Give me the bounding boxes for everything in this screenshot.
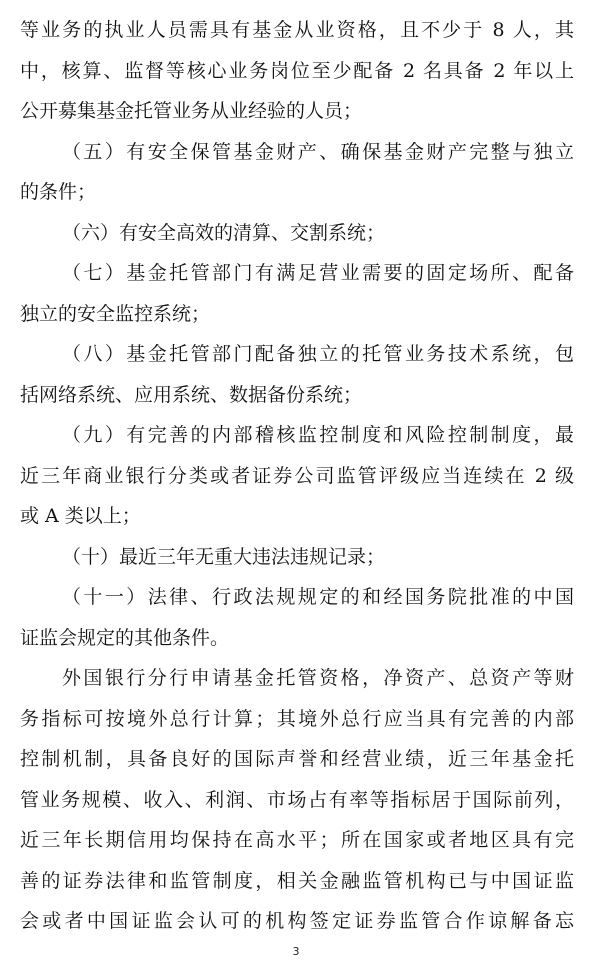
list-item-10: （十）最近三年无重大违法违规记录； bbox=[20, 537, 574, 578]
list-item-11: （十一）法律、行政法规规定的和经国务院批准的中国 bbox=[20, 577, 574, 618]
text-line: 中，核算、监督等核心业务岗位至少配备 2 名具备 2 年以上 bbox=[20, 51, 574, 92]
list-item-5: （五）有安全保管基金财产、确保基金财产完整与独立 bbox=[20, 132, 574, 173]
list-item-8: （八）基金托管部门配备独立的托管业务技术系统，包 bbox=[20, 334, 574, 375]
text-line: 控制机制，具备良好的国际声誉和经营业绩，近三年基金托 bbox=[20, 739, 574, 780]
document-page: 等业务的执业人员需具有基金从业资格，且不少于 8 人，其 中，核算、监督等核心业… bbox=[20, 10, 574, 942]
text-line: 务指标可按境外总行计算；其境外总行应当具有完善的内部 bbox=[20, 699, 574, 740]
text-line: 的条件； bbox=[20, 172, 574, 213]
text-line: 或 A 类以上； bbox=[20, 496, 574, 537]
list-item-6: （六）有安全高效的清算、交割系统； bbox=[20, 213, 574, 254]
text-line: 证监会规定的其他条件。 bbox=[20, 618, 574, 659]
list-item-9: （九）有完善的内部稽核监控制度和风险控制制度，最 bbox=[20, 415, 574, 456]
text-line: 独立的安全监控系统； bbox=[20, 294, 574, 335]
text-line: 括网络系统、应用系统、数据备份系统； bbox=[20, 375, 574, 416]
text-line: 管业务规模、收入、利润、市场占有率等指标居于国际前列， bbox=[20, 780, 574, 821]
page-number: 3 bbox=[0, 945, 592, 958]
text-line: 会或者中国证监会认可的机构签定证券监管合作谅解备忘 bbox=[20, 901, 574, 942]
text-line: 近三年长期信用均保持在高水平；所在国家或者地区具有完 bbox=[20, 820, 574, 861]
text-line: 善的证券法律和监管制度，相关金融监管机构已与中国证监 bbox=[20, 861, 574, 902]
text-line: 公开募集基金托管业务从业经验的人员； bbox=[20, 91, 574, 132]
list-item-7: （七）基金托管部门有满足营业需要的固定场所、配备 bbox=[20, 253, 574, 294]
paragraph-foreign-bank: 外国银行分行申请基金托管资格，净资产、总资产等财 bbox=[20, 658, 574, 699]
text-line: 近三年商业银行分类或者证券公司监管评级应当连续在 2 级 bbox=[20, 456, 574, 497]
text-line: 等业务的执业人员需具有基金从业资格，且不少于 8 人，其 bbox=[20, 10, 574, 51]
